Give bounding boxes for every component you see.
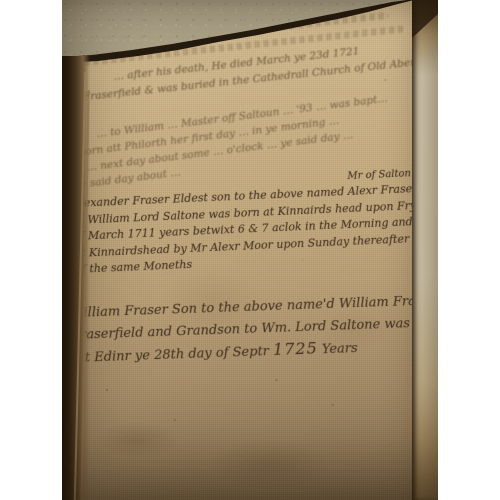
fore-edge-strip bbox=[412, 0, 438, 500]
text-block-entry-alexander: Mr of Salton Alexander Fraser Eldest son… bbox=[72, 180, 438, 278]
cover-corner-wedge bbox=[412, 0, 438, 40]
date-suffix: Years bbox=[318, 341, 358, 357]
manuscript-photo: … after his death, He died March ye 23d … bbox=[62, 0, 438, 500]
year-1725: 1725 bbox=[273, 338, 318, 359]
date-prefix: att Edinr ye 28th day of Septr bbox=[72, 344, 274, 366]
marginal-note: Mr of Salton bbox=[347, 166, 411, 185]
text-block-entry-william: William Fraser Son to the above name'd W… bbox=[70, 290, 438, 369]
photo-canvas: … after his death, He died March ye 23d … bbox=[0, 0, 500, 500]
